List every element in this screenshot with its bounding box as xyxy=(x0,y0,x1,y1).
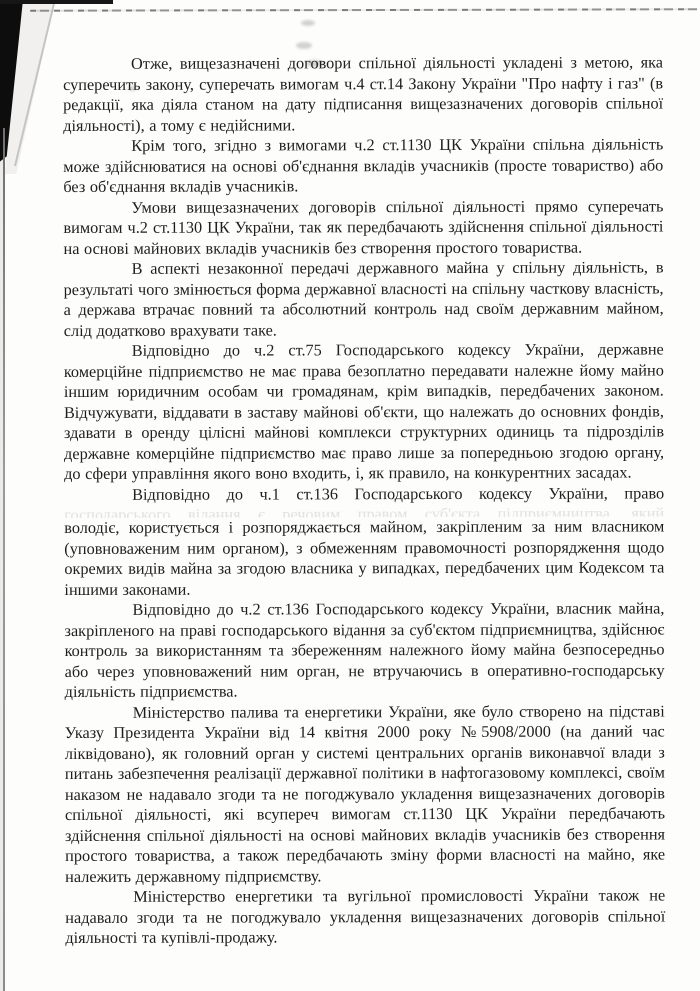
paragraph-art136-part1-lead-line: Відповідно до ч.1 ст.136 Господарського … xyxy=(64,483,664,505)
paragraph-ministry-of-fuel-energy: Міністерство палива та енергетики Україн… xyxy=(65,701,665,887)
scan-top-black-bar xyxy=(0,0,113,4)
paragraph-art1130-requirements: Крім того, згідно з вимогами ч.2 ст.1130… xyxy=(63,134,663,197)
scan-scratch-line xyxy=(30,8,698,11)
paragraph-art136-part1-continuation: володіє, користується і розпоряджається … xyxy=(64,516,664,600)
page-left-edge-line xyxy=(3,128,5,991)
paragraph-contract-terms-conflict: Умови вищезазначених договорів спільної … xyxy=(63,196,663,259)
paragraph-validity-conclusion: Отже, вищезазначені договори спільної ді… xyxy=(63,52,663,136)
paragraph-state-property-transfer: В аспекті незаконної передачі державного… xyxy=(64,257,664,341)
paragraph-art136-part2-owner-control: Відповідно до ч.2 ст.136 Господарського … xyxy=(64,598,664,702)
scanned-document-page: Отже, вищезазначені договори спільної ді… xyxy=(0,0,700,991)
paragraph-art75-commercial-enterprise: Відповідно до ч.2 ст.75 Господарського к… xyxy=(64,339,664,484)
document-body: Отже, вищезазначені договори спільної ді… xyxy=(63,52,665,948)
paragraph-ministry-of-energy-coal: Міністерство енергетики та вугільної про… xyxy=(65,885,665,948)
pencil-smudge xyxy=(301,20,315,26)
faded-scan-line: господарського відання є речовим правом … xyxy=(64,503,664,518)
pencil-smudge xyxy=(296,42,312,49)
